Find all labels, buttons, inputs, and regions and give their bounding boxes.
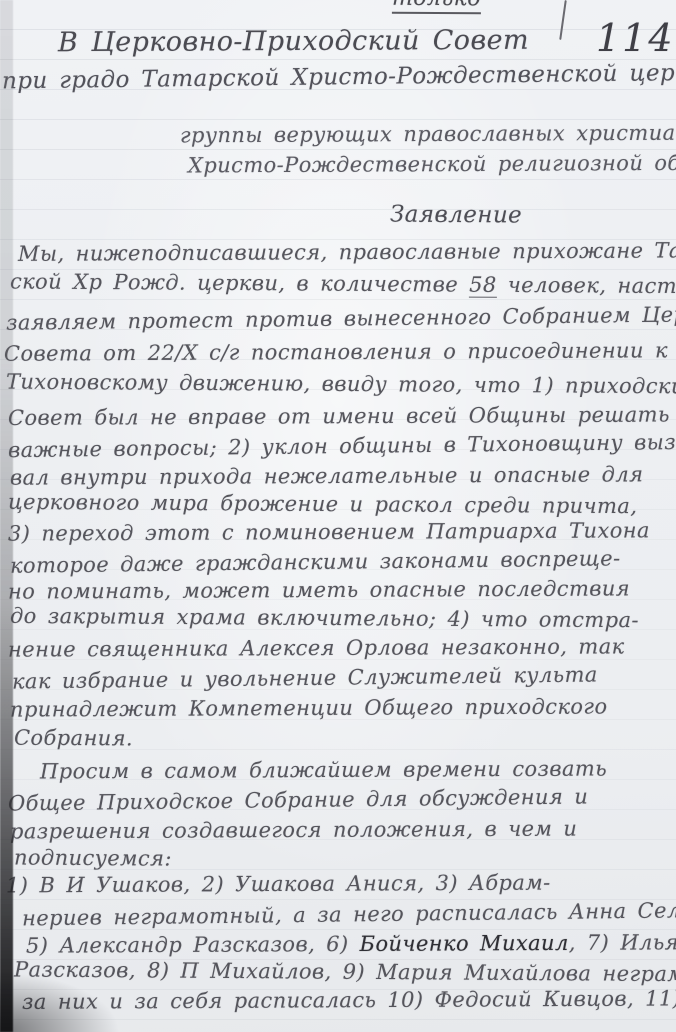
addressee-line-1: В Церковно-Приходский Совет: [58, 25, 529, 58]
body-line: заявляем протест против вынесенного Собр…: [6, 301, 676, 334]
signature-line: за них и за себя расписалась 10) Федосий…: [22, 986, 676, 1014]
body-line: но поминать, может иметь опасные последс…: [8, 576, 630, 603]
body-line: Просим в самом ближайшем времени созвать: [40, 757, 607, 784]
page-number: 114: [596, 16, 675, 60]
document-title: Заявление: [390, 202, 522, 229]
body-line: важные вопросы; 2) уклон общины в Тихоно…: [8, 430, 676, 462]
body-line: которое даже гражданскими законами воспр…: [10, 546, 621, 577]
sender-line-2: Христо-Рождественской религиозной общины: [188, 151, 676, 178]
body-line: Совета от 22/X с/г постановления о присо…: [4, 338, 668, 365]
body-line: ской Хр Рожд. церкви, в количестве 58 че…: [10, 269, 676, 298]
body-line: нение священника Алексея Орлова незаконн…: [8, 634, 625, 661]
signature-line: нериев неграмотный, а за него расписалас…: [22, 898, 676, 931]
body-line-part: ской Хр Рожд. церкви, в количестве: [10, 269, 469, 296]
body-line: церковного мира брожение и раскол среди …: [8, 490, 637, 518]
body-line: до закрытия храма включительно; 4) что о…: [10, 604, 639, 632]
addressee-line-2: при градо Татарской Христо-Рождественско…: [2, 60, 676, 95]
signature-boychenko-dark: Бойченко Михаил: [360, 931, 569, 956]
top-cutoff-fragment: только: [392, 0, 481, 14]
body-line: подписуемся:: [14, 845, 172, 870]
sender-line-1: группы верующих православных христиан: [180, 121, 676, 148]
body-line: вал внутри прихода нежелательные и опасн…: [10, 462, 643, 489]
pen-stroke: [559, 0, 567, 40]
document-page: только В Церковно-Приходский Совет 114 п…: [0, 0, 676, 1032]
signature-part: 5) Александр Разсказов, 6): [26, 932, 360, 958]
body-line: Тихоновскому движению, ввиду того, что 1…: [6, 370, 676, 399]
body-line-part: человек, настоящим: [497, 273, 676, 299]
scan-edge-shadow: [0, 0, 13, 1032]
signature-line: 1) В И Ушаков, 2) Ушакова Анися, 3) Абра…: [6, 871, 551, 898]
body-line: Мы, нижеподписавшиеся, православные прих…: [18, 238, 676, 266]
scan-corner-shadow: [0, 972, 120, 1032]
signature-part: , 7) Илья: [569, 930, 676, 955]
body-line: принадлежит Компетенции Общего приходско…: [10, 694, 608, 721]
body-line: 3) переход этот с поминовением Патриарха…: [8, 518, 650, 545]
body-line: Собрания.: [14, 726, 133, 751]
body-line: Совет был не вправе от имени всей Общины…: [8, 402, 676, 430]
body-line: разрешения создавшегося положения, в чем…: [10, 817, 577, 844]
body-line: как избрание и увольнение Служителей кул…: [12, 662, 598, 693]
signature-line: 5) Александр Разсказов, 6) Бойченко Миха…: [26, 930, 676, 957]
count-58-underlined: 58: [469, 273, 497, 298]
body-line: Общее Приходское Собрание для обсуждения…: [8, 784, 588, 815]
